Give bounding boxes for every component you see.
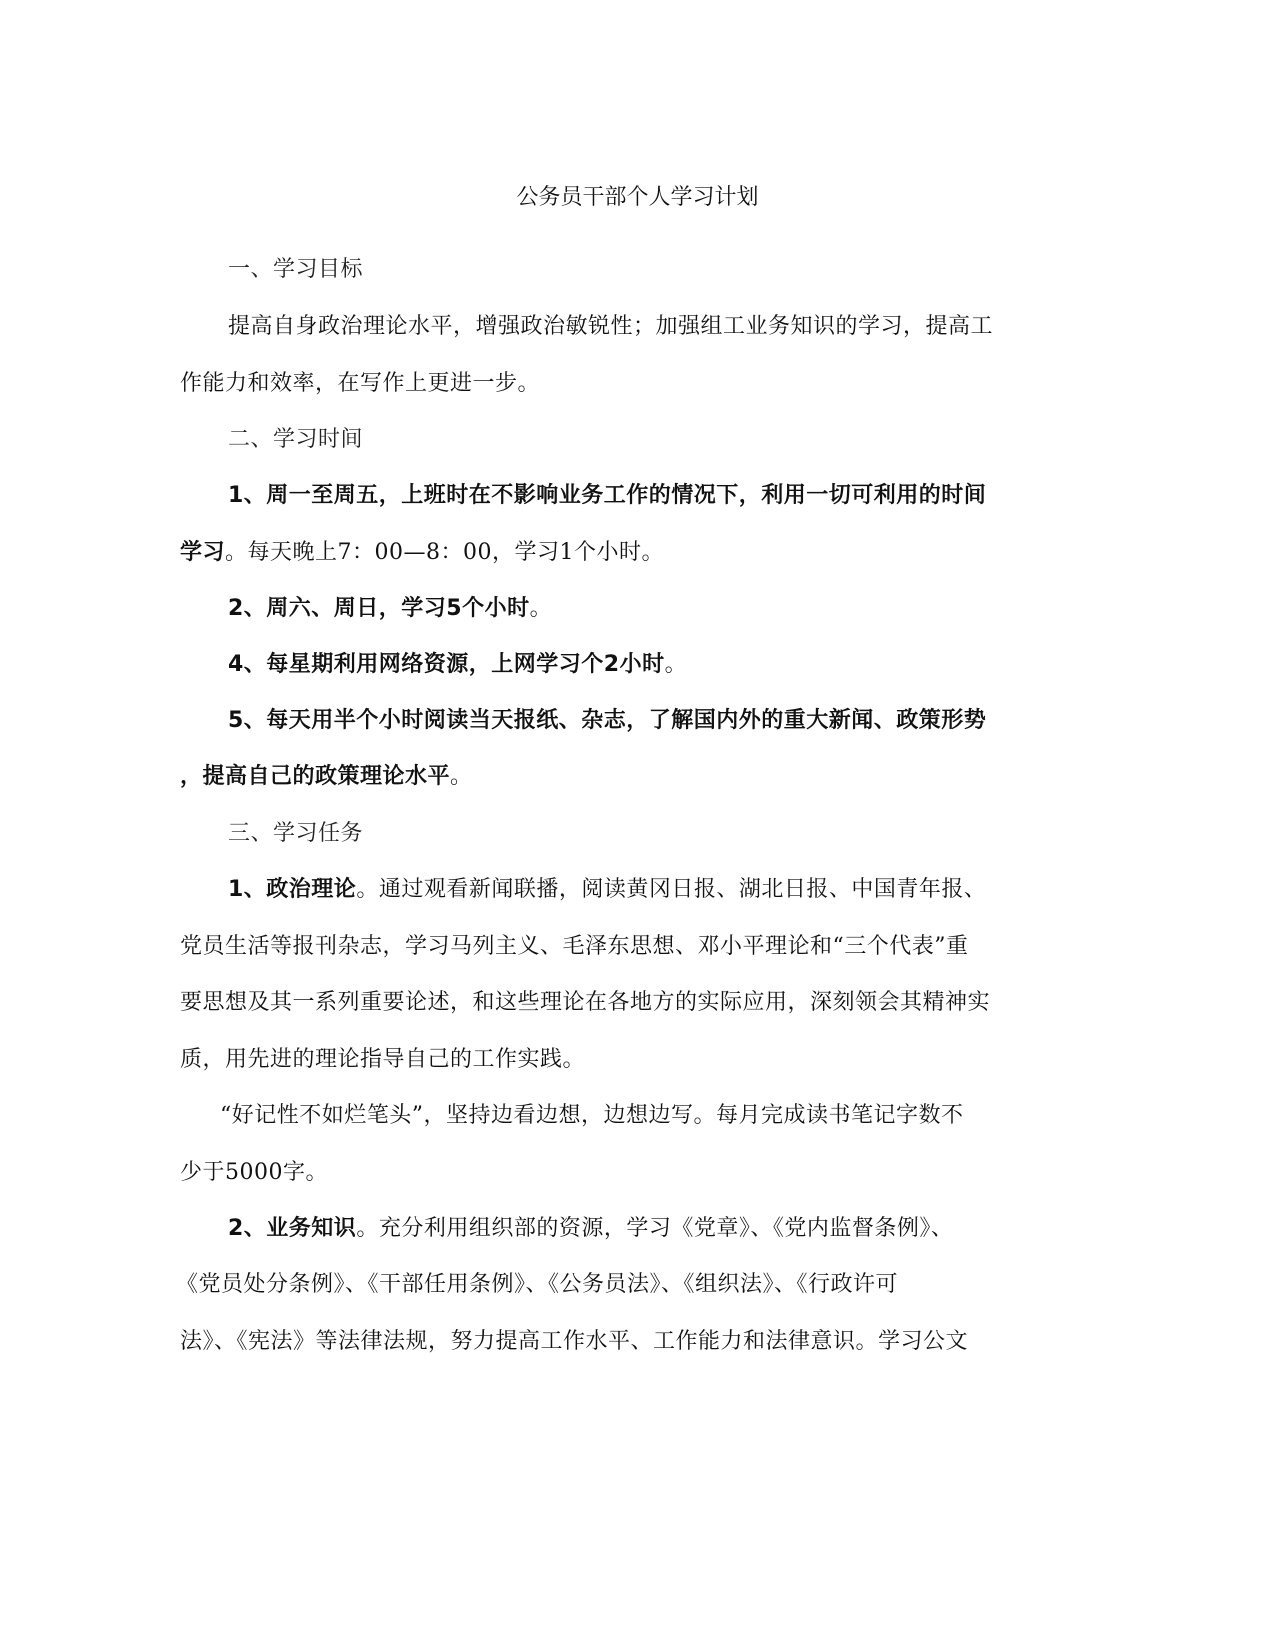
task-1-line1: 1、政治理论。通过观看新闻联播，阅读黄冈日报、湖北日报、中国青年报、 — [228, 875, 1088, 905]
bold-text: 2、周六、周日，学习5个小时 — [228, 596, 530, 621]
document-title: 公务员干部个人学习计划 — [0, 183, 1275, 213]
normal-text: 。通过观看新闻联播，阅读黄冈日报、湖北日报、中国青年报、 — [356, 877, 986, 902]
schedule-item-2: 2、周六、周日，学习5个小时。 — [228, 594, 1088, 624]
document-page: 公务员干部个人学习计划 一、学习目标 提高自身政治理论水平，增强政治敏锐性；加强… — [0, 0, 1275, 1650]
schedule-item-4: 4、每星期利用网络资源，上网学习个2小时。 — [228, 650, 1088, 680]
normal-text: 。 — [450, 764, 473, 789]
bold-text: 1、政治理论 — [228, 877, 356, 902]
paragraph-line: 提高自身政治理论水平，增强政治敏锐性；加强组工业务知识的学习，提高工 — [228, 312, 1088, 342]
normal-text: 。 — [530, 596, 553, 621]
schedule-item-5-line2: ，提高自己的政策理论水平。 — [180, 762, 1040, 792]
task-1-line4: 质，用先进的理论指导自己的工作实践。 — [180, 1045, 1040, 1075]
task-2-line3: 法》、《宪法》等法律法规，努力提高工作水平、工作能力和法律意识。学习公文 — [180, 1327, 1040, 1357]
bold-text: 2、业务知识 — [228, 1216, 356, 1241]
schedule-item-1-line2: 学习。每天晚上7：00—8：00，学习1个小时。 — [180, 538, 1040, 568]
bold-text: ，提高自己的政策理论水平 — [180, 764, 450, 789]
section-heading-goals: 一、学习目标 — [228, 255, 1088, 285]
task-1-line2: 党员生活等报刊杂志，学习马列主义、毛泽东思想、邓小平理论和“三个代表”重 — [180, 932, 1040, 962]
section-heading-tasks: 三、学习任务 — [228, 819, 1088, 849]
paragraph-line: 作能力和效率，在写作上更进一步。 — [180, 369, 1040, 399]
task-2-line1: 2、业务知识。充分利用组织部的资源，学习《党章》、《党内监督条例》、 — [228, 1214, 1088, 1244]
bold-text: 学习 — [180, 540, 225, 565]
normal-text: 。充分利用组织部的资源，学习《党章》、《党内监督条例》、 — [356, 1216, 953, 1241]
normal-text: 。每天晚上7：00—8：00，学习1个小时。 — [225, 540, 664, 565]
task-2-line2: 《党员处分条例》、《干部任用条例》、《公务员法》、《组织法》、《行政许可 — [176, 1270, 1036, 1300]
normal-text: 。 — [665, 652, 688, 677]
section-heading-time: 二、学习时间 — [228, 425, 1088, 455]
bold-text: 4、每星期利用网络资源，上网学习个2小时 — [228, 652, 665, 677]
schedule-item-5-line1: 5、每天用半个小时阅读当天报纸、杂志，了解国内外的重大新闻、政策形势 — [228, 706, 1088, 736]
schedule-item-1-line1: 1、周一至周五，上班时在不影响业务工作的情况下，利用一切可利用的时间 — [228, 481, 1088, 511]
task-1-line3: 要思想及其一系列重要论述，和这些理论在各地方的实际应用，深刻领会其精神实 — [180, 988, 1040, 1018]
notes-line1: “好记性不如烂笔头”，坚持边看边想，边想边写。每月完成读书笔记字数不 — [220, 1101, 1080, 1131]
notes-line2: 少于5000字。 — [180, 1158, 1040, 1188]
